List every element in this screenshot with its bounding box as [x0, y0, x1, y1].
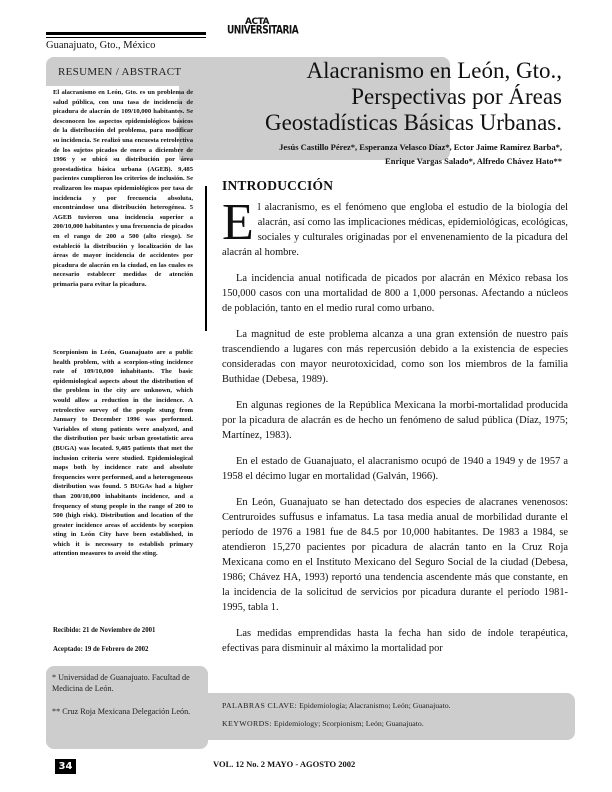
abstract-label: RESUMEN / ABSTRACT [58, 66, 181, 78]
footnote-affiliation-2: ** Cruz Roja Mexicana Delegación León. [52, 706, 202, 717]
paragraph: En León, Guanajuato se han detectado dos… [222, 495, 568, 615]
resumen-text: El alacranismo en León, Gto. es un probl… [53, 88, 193, 289]
footnote-affiliation-1: * Universidad de Guanajuato. Facultad de… [52, 672, 202, 694]
logo-line-universitaria: UNIVERSITARIA [227, 26, 287, 38]
paragraph: Las medidas emprendidas hasta la fecha h… [222, 626, 568, 656]
location-text: Guanajuato, Gto., México [46, 40, 155, 51]
title-line-2: Perspectivas por Áreas [232, 84, 562, 110]
article-title: Alacranismo en León, Gto., Perspectivas … [232, 58, 562, 136]
accepted-date: Aceptado: 19 de Febrero de 2002 [53, 640, 155, 659]
paragraph: El alacranismo, es el fenómeno que englo… [222, 200, 568, 260]
paragraph-text: l alacranismo, es el fenómeno que englob… [222, 202, 568, 258]
abstract-text: Scorpionism in León, Guanajuato are a pu… [53, 348, 193, 559]
keywords-en-values: Epidemiology; Scorpionism; León; Guanaju… [274, 719, 424, 728]
authors-line-1: Jesús Castillo Pérez*, Esperanza Velasco… [202, 140, 562, 154]
issue-info: VOL. 12 No. 2 MAYO - AGOSTO 2002 [213, 759, 355, 769]
paragraph: La magnitud de este problema alcanza a u… [222, 327, 568, 387]
page-number: 34 [55, 759, 76, 774]
header-rule-thick [46, 32, 206, 35]
keywords-es-label: PALABRAS CLAVE: [222, 701, 297, 710]
paragraph: En el estado de Guanajuato, el alacranis… [222, 454, 568, 484]
keywords-es-values: Epidemiología; Alacranismo; León; Guanaj… [299, 701, 451, 710]
journal-logo: ACTA UNIVERSITARIA [227, 18, 287, 36]
paragraph: La incidencia anual notificada de picado… [222, 271, 568, 316]
keywords-en-label: KEYWORDS: [222, 719, 272, 728]
title-line-1: Alacranismo en León, Gto., [232, 58, 562, 84]
body-text: El alacranismo, es el fenómeno que englo… [222, 200, 568, 667]
submission-dates: Recibido: 21 de Noviembre de 2001 Acepta… [53, 621, 155, 659]
received-date: Recibido: 21 de Noviembre de 2001 [53, 621, 155, 640]
title-line-3: Geostadísticas Básicas Urbanas. [232, 110, 562, 136]
section-heading: INTRODUCCIÓN [222, 178, 333, 194]
column-divider [205, 186, 207, 331]
paragraph: En algunas regiones de la República Mexi… [222, 398, 568, 443]
authors-line-2: Enrique Vargas Salado*, Alfredo Chávez H… [202, 154, 562, 168]
header-rule-thin [46, 37, 206, 38]
drop-cap: E [222, 202, 254, 244]
keywords-spanish: PALABRAS CLAVE: Epidemiología; Alacranis… [222, 701, 451, 710]
keywords-english: KEYWORDS: Epidemiology; Scorpionism; Leó… [222, 719, 424, 728]
author-list: Jesús Castillo Pérez*, Esperanza Velasco… [202, 140, 562, 168]
